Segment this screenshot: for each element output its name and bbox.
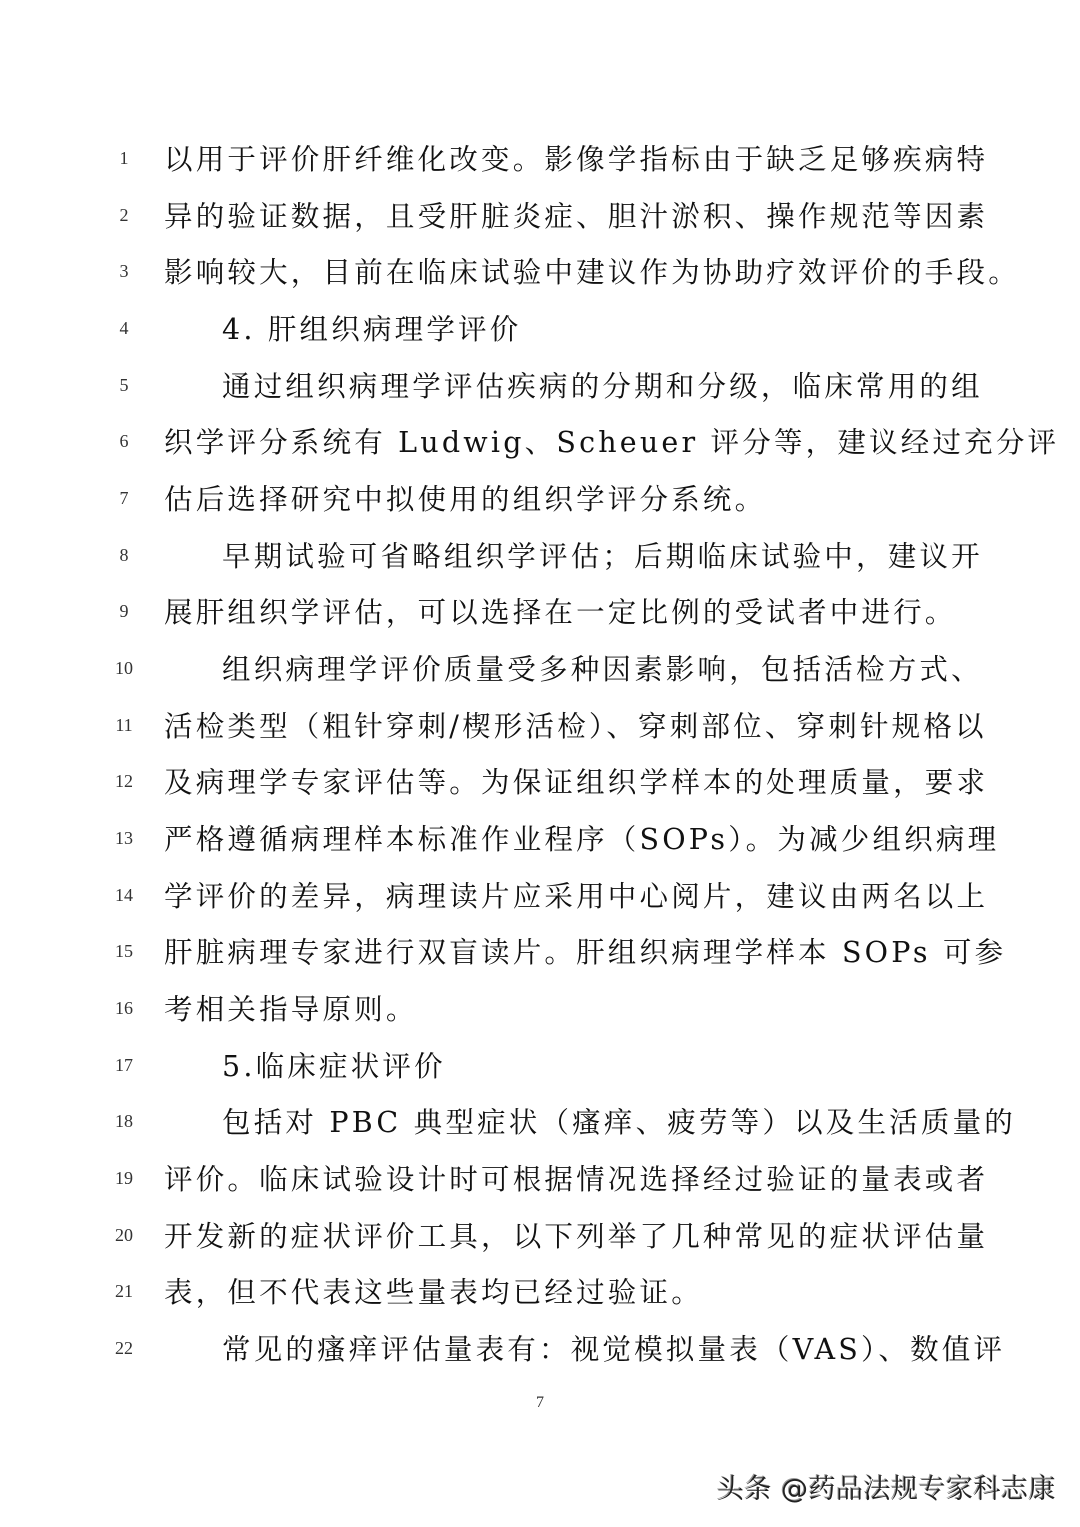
text-line: 8早期试验可省略组织学评估；后期临床试验中，建议开 bbox=[0, 537, 1080, 577]
line-number: 1 bbox=[100, 148, 148, 169]
line-number: 11 bbox=[100, 715, 148, 736]
line-number: 15 bbox=[100, 941, 148, 962]
line-text: 肝脏病理专家进行双盲读片。肝组织病理学样本 SOPs 可参 bbox=[164, 933, 1006, 973]
line-text: 通过组织病理学评估疾病的分期和分级，临床常用的组 bbox=[222, 367, 983, 407]
line-text: 组织病理学评价质量受多种因素影响，包括活检方式、 bbox=[222, 650, 983, 690]
line-text: 严格遵循病理样本标准作业程序（SOPs）。为减少组织病理 bbox=[164, 820, 999, 860]
text-line: 18包括对 PBC 典型症状（瘙痒、疲劳等）以及生活质量的 bbox=[0, 1103, 1080, 1143]
line-text: 5.临床症状评价 bbox=[222, 1047, 446, 1087]
document-page: 1以用于评价肝纤维化改变。影像学指标由于缺乏足够疾病特2异的验证数据，且受肝脏炎… bbox=[0, 0, 1080, 1527]
line-text: 4. 肝组织病理学评价 bbox=[222, 310, 521, 350]
line-text: 表，但不代表这些量表均已经过验证。 bbox=[164, 1273, 703, 1313]
text-line: 1以用于评价肝纤维化改变。影像学指标由于缺乏足够疾病特 bbox=[0, 140, 1080, 180]
line-number: 4 bbox=[100, 318, 148, 339]
line-number: 22 bbox=[100, 1338, 148, 1359]
line-text: 常见的瘙痒评估量表有：视觉模拟量表（VAS）、数值评 bbox=[222, 1330, 1005, 1370]
text-line: 13严格遵循病理样本标准作业程序（SOPs）。为减少组织病理 bbox=[0, 820, 1080, 860]
text-line: 2异的验证数据，且受肝脏炎症、胆汁淤积、操作规范等因素 bbox=[0, 197, 1080, 237]
line-text: 及病理学专家评估等。为保证组织学样本的处理质量，要求 bbox=[164, 763, 988, 803]
text-line: 19评价。临床试验设计时可根据情况选择经过验证的量表或者 bbox=[0, 1160, 1080, 1200]
text-line: 3影响较大，目前在临床试验中建议作为协助疗效评价的手段。 bbox=[0, 253, 1080, 293]
line-number: 21 bbox=[100, 1281, 148, 1302]
line-number: 8 bbox=[100, 545, 148, 566]
text-line: 22常见的瘙痒评估量表有：视觉模拟量表（VAS）、数值评 bbox=[0, 1330, 1080, 1370]
text-line: 12及病理学专家评估等。为保证组织学样本的处理质量，要求 bbox=[0, 763, 1080, 803]
line-number: 18 bbox=[100, 1111, 148, 1132]
line-number: 3 bbox=[100, 261, 148, 282]
text-line: 21表，但不代表这些量表均已经过验证。 bbox=[0, 1273, 1080, 1313]
line-number: 2 bbox=[100, 205, 148, 226]
line-text: 估后选择研究中拟使用的组织学评分系统。 bbox=[164, 480, 766, 520]
line-text: 以用于评价肝纤维化改变。影像学指标由于缺乏足够疾病特 bbox=[164, 140, 988, 180]
line-number: 13 bbox=[100, 828, 148, 849]
watermark: 头条 @药品法规专家科志康 bbox=[717, 1467, 1056, 1506]
text-line: 44. 肝组织病理学评价 bbox=[0, 310, 1080, 350]
text-line: 7估后选择研究中拟使用的组织学评分系统。 bbox=[0, 480, 1080, 520]
page-number: 7 bbox=[0, 1394, 1080, 1412]
line-text: 织学评分系统有 Ludwig、Scheuer 评分等，建议经过充分评 bbox=[164, 423, 1059, 463]
line-text: 包括对 PBC 典型症状（瘙痒、疲劳等）以及生活质量的 bbox=[222, 1103, 1016, 1143]
text-line: 15肝脏病理专家进行双盲读片。肝组织病理学样本 SOPs 可参 bbox=[0, 933, 1080, 973]
line-number: 10 bbox=[100, 658, 148, 679]
line-number: 7 bbox=[100, 488, 148, 509]
text-line: 175.临床症状评价 bbox=[0, 1047, 1080, 1087]
line-text: 早期试验可省略组织学评估；后期临床试验中，建议开 bbox=[222, 537, 983, 577]
line-number: 12 bbox=[100, 771, 148, 792]
line-text: 评价。临床试验设计时可根据情况选择经过验证的量表或者 bbox=[164, 1160, 988, 1200]
text-line: 16考相关指导原则。 bbox=[0, 990, 1080, 1030]
line-text: 考相关指导原则。 bbox=[164, 990, 418, 1030]
line-number: 5 bbox=[100, 375, 148, 396]
line-number: 16 bbox=[100, 998, 148, 1019]
text-line: 14学评价的差异，病理读片应采用中心阅片，建议由两名以上 bbox=[0, 877, 1080, 917]
line-number: 19 bbox=[100, 1168, 148, 1189]
line-text: 活检类型（粗针穿刺/楔形活检）、穿刺部位、穿刺针规格以 bbox=[164, 707, 987, 747]
line-number: 14 bbox=[100, 885, 148, 906]
text-line: 10组织病理学评价质量受多种因素影响，包括活检方式、 bbox=[0, 650, 1080, 690]
line-number: 20 bbox=[100, 1225, 148, 1246]
line-text: 展肝组织学评估，可以选择在一定比例的受试者中进行。 bbox=[164, 593, 957, 633]
line-text: 学评价的差异，病理读片应采用中心阅片，建议由两名以上 bbox=[164, 877, 988, 917]
line-text: 异的验证数据，且受肝脏炎症、胆汁淤积、操作规范等因素 bbox=[164, 197, 988, 237]
text-line: 5通过组织病理学评估疾病的分期和分级，临床常用的组 bbox=[0, 367, 1080, 407]
line-number: 9 bbox=[100, 601, 148, 622]
line-text: 影响较大，目前在临床试验中建议作为协助疗效评价的手段。 bbox=[164, 253, 1020, 293]
text-line: 9展肝组织学评估，可以选择在一定比例的受试者中进行。 bbox=[0, 593, 1080, 633]
text-line: 20开发新的症状评价工具，以下列举了几种常见的症状评估量 bbox=[0, 1217, 1080, 1257]
text-line: 11活检类型（粗针穿刺/楔形活检）、穿刺部位、穿刺针规格以 bbox=[0, 707, 1080, 747]
line-number: 6 bbox=[100, 431, 148, 452]
line-text: 开发新的症状评价工具，以下列举了几种常见的症状评估量 bbox=[164, 1217, 988, 1257]
text-line: 6织学评分系统有 Ludwig、Scheuer 评分等，建议经过充分评 bbox=[0, 423, 1080, 463]
line-number: 17 bbox=[100, 1055, 148, 1076]
